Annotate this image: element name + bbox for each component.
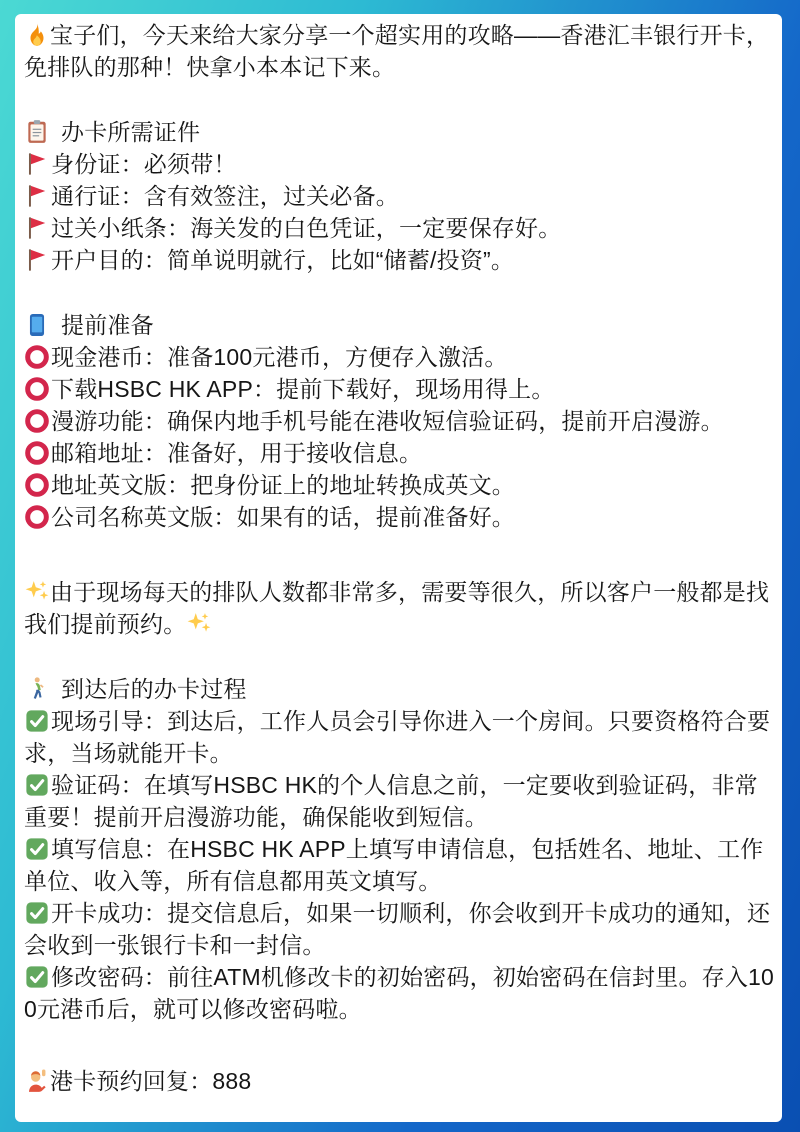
section-process-list: 现场引导：到达后，工作人员会引导你进入一个房间。只要资格符合要求，当场就能开卡。… bbox=[24, 705, 776, 1025]
flag-icon bbox=[24, 247, 50, 273]
spacer bbox=[24, 1025, 776, 1065]
flag-icon bbox=[24, 215, 50, 241]
list-item-text: 地址英文版：把身份证上的地址转换成英文。 bbox=[51, 472, 515, 498]
list-item: 开户目的：简单说明就行，比如“储蓄/投资”。 bbox=[24, 244, 776, 276]
section-title: 提前准备 bbox=[61, 312, 154, 338]
list-item-text: 身份证：必须带！ bbox=[51, 151, 237, 177]
list-item: 过关小纸条：海关发的白色凭证，一定要保存好。 bbox=[24, 212, 776, 244]
list-item: 地址英文版：把身份证上的地址转换成英文。 bbox=[24, 469, 776, 501]
check-icon bbox=[24, 964, 50, 990]
intro-text: 宝子们，今天来给大家分享一个超实用的攻略——香港汇丰银行开卡，免排队的那种！快拿… bbox=[24, 22, 769, 80]
list-item-text: 验证码：在填写HSBC HK的个人信息之前，一定要收到验证码，非常重要！提前开启… bbox=[24, 772, 758, 830]
fire-icon bbox=[24, 22, 50, 48]
section-process: 到达后的办卡过程 现场引导：到达后，工作人员会引导你进入一个房间。只要资格符合要… bbox=[24, 673, 776, 1025]
flag-icon bbox=[24, 183, 50, 209]
section-preparation-header: 提前准备 bbox=[24, 309, 776, 341]
list-item-text: 现金港币：准备100元港币，方便存入激活。 bbox=[51, 344, 508, 370]
list-item: 现场引导：到达后，工作人员会引导你进入一个房间。只要资格符合要求，当场就能开卡。 bbox=[24, 705, 776, 769]
section-title: 到达后的办卡过程 bbox=[61, 676, 247, 702]
section-preparation: 提前准备 现金港币：准备100元港币，方便存入激活。下载HSBC HK APP：… bbox=[24, 309, 776, 533]
list-item: 邮箱地址：准备好，用于接收信息。 bbox=[24, 437, 776, 469]
spacer bbox=[24, 83, 776, 116]
list-item-text: 开卡成功：提交信息后，如果一切顺利，你会收到开卡成功的通知，还会收到一张银行卡和… bbox=[24, 900, 770, 958]
list-item-text: 公司名称英文版：如果有的话，提前准备好。 bbox=[51, 504, 515, 530]
list-item-text: 下载HSBC HK APP：提前下载好，现场用得上。 bbox=[51, 376, 555, 402]
list-item-text: 过关小纸条：海关发的白色凭证，一定要保存好。 bbox=[51, 215, 561, 241]
list-item: 验证码：在填写HSBC HK的个人信息之前，一定要收到验证码，非常重要！提前开启… bbox=[24, 769, 776, 833]
note-paragraph: 由于现场每天的排队人数都非常多，需要等很久，所以客户一般都是找我们提前预约。 bbox=[24, 576, 776, 640]
raising-hand-icon bbox=[24, 1068, 50, 1094]
post-card: 宝子们，今天来给大家分享一个超实用的攻略——香港汇丰银行开卡，免排队的那种！快拿… bbox=[15, 14, 782, 1122]
check-icon bbox=[24, 708, 50, 734]
flag-icon bbox=[24, 151, 50, 177]
list-item-text: 填写信息：在HSBC HK APP上填写申请信息，包括姓名、地址、工作单位、收入… bbox=[24, 836, 763, 894]
list-item: 下载HSBC HK APP：提前下载好，现场用得上。 bbox=[24, 373, 776, 405]
sparkles-icon bbox=[186, 611, 212, 637]
list-item-text: 开户目的：简单说明就行，比如“储蓄/投资”。 bbox=[51, 247, 514, 273]
section-documents-list: 身份证：必须带！通行证：含有效签注，过关必备。过关小纸条：海关发的白色凭证，一定… bbox=[24, 148, 776, 276]
list-item-text: 漫游功能：确保内地手机号能在港收短信验证码，提前开启漫游。 bbox=[51, 408, 724, 434]
list-item: 开卡成功：提交信息后，如果一切顺利，你会收到开卡成功的通知，还会收到一张银行卡和… bbox=[24, 897, 776, 961]
circle-icon bbox=[24, 440, 50, 466]
spacer bbox=[24, 533, 776, 576]
list-item-text: 通行证：含有效签注，过关必备。 bbox=[51, 183, 399, 209]
section-documents-header: 办卡所需证件 bbox=[24, 116, 776, 148]
spacer bbox=[24, 276, 776, 309]
section-documents: 办卡所需证件 身份证：必须带！通行证：含有效签注，过关必备。过关小纸条：海关发的… bbox=[24, 116, 776, 276]
list-item: 修改密码：前往ATM机修改卡的初始密码，初始密码在信封里。存入100元港币后，就… bbox=[24, 961, 776, 1025]
note-text: 由于现场每天的排队人数都非常多，需要等很久，所以客户一般都是找我们提前预约。 bbox=[24, 579, 769, 637]
walking-person-icon bbox=[24, 676, 50, 702]
list-item: 通行证：含有效签注，过关必备。 bbox=[24, 180, 776, 212]
list-item: 身份证：必须带！ bbox=[24, 148, 776, 180]
list-item: 公司名称英文版：如果有的话，提前准备好。 bbox=[24, 501, 776, 533]
circle-icon bbox=[24, 472, 50, 498]
list-item: 现金港币：准备100元港币，方便存入激活。 bbox=[24, 341, 776, 373]
list-item: 漫游功能：确保内地手机号能在港收短信验证码，提前开启漫游。 bbox=[24, 405, 776, 437]
circle-icon bbox=[24, 408, 50, 434]
intro-paragraph: 宝子们，今天来给大家分享一个超实用的攻略——香港汇丰银行开卡，免排队的那种！快拿… bbox=[24, 19, 776, 83]
check-icon bbox=[24, 900, 50, 926]
section-process-header: 到达后的办卡过程 bbox=[24, 673, 776, 705]
phone-icon bbox=[24, 312, 50, 338]
spacer bbox=[24, 640, 776, 673]
list-item: 填写信息：在HSBC HK APP上填写申请信息，包括姓名、地址、工作单位、收入… bbox=[24, 833, 776, 897]
sparkles-icon bbox=[24, 579, 50, 605]
list-item-text: 现场引导：到达后，工作人员会引导你进入一个房间。只要资格符合要求，当场就能开卡。 bbox=[24, 708, 770, 766]
list-item-text: 修改密码：前往ATM机修改卡的初始密码，初始密码在信封里。存入100元港币后，就… bbox=[24, 964, 774, 1022]
section-preparation-list: 现金港币：准备100元港币，方便存入激活。下载HSBC HK APP：提前下载好… bbox=[24, 341, 776, 533]
footer-text: 港卡预约回复：888 bbox=[50, 1068, 251, 1094]
check-icon bbox=[24, 772, 50, 798]
circle-icon bbox=[24, 376, 50, 402]
check-icon bbox=[24, 836, 50, 862]
circle-icon bbox=[24, 344, 50, 370]
list-item-text: 邮箱地址：准备好，用于接收信息。 bbox=[51, 440, 422, 466]
footer-paragraph: 港卡预约回复：888 bbox=[24, 1065, 776, 1097]
circle-icon bbox=[24, 504, 50, 530]
clipboard-icon bbox=[24, 119, 50, 145]
section-title: 办卡所需证件 bbox=[61, 119, 200, 145]
